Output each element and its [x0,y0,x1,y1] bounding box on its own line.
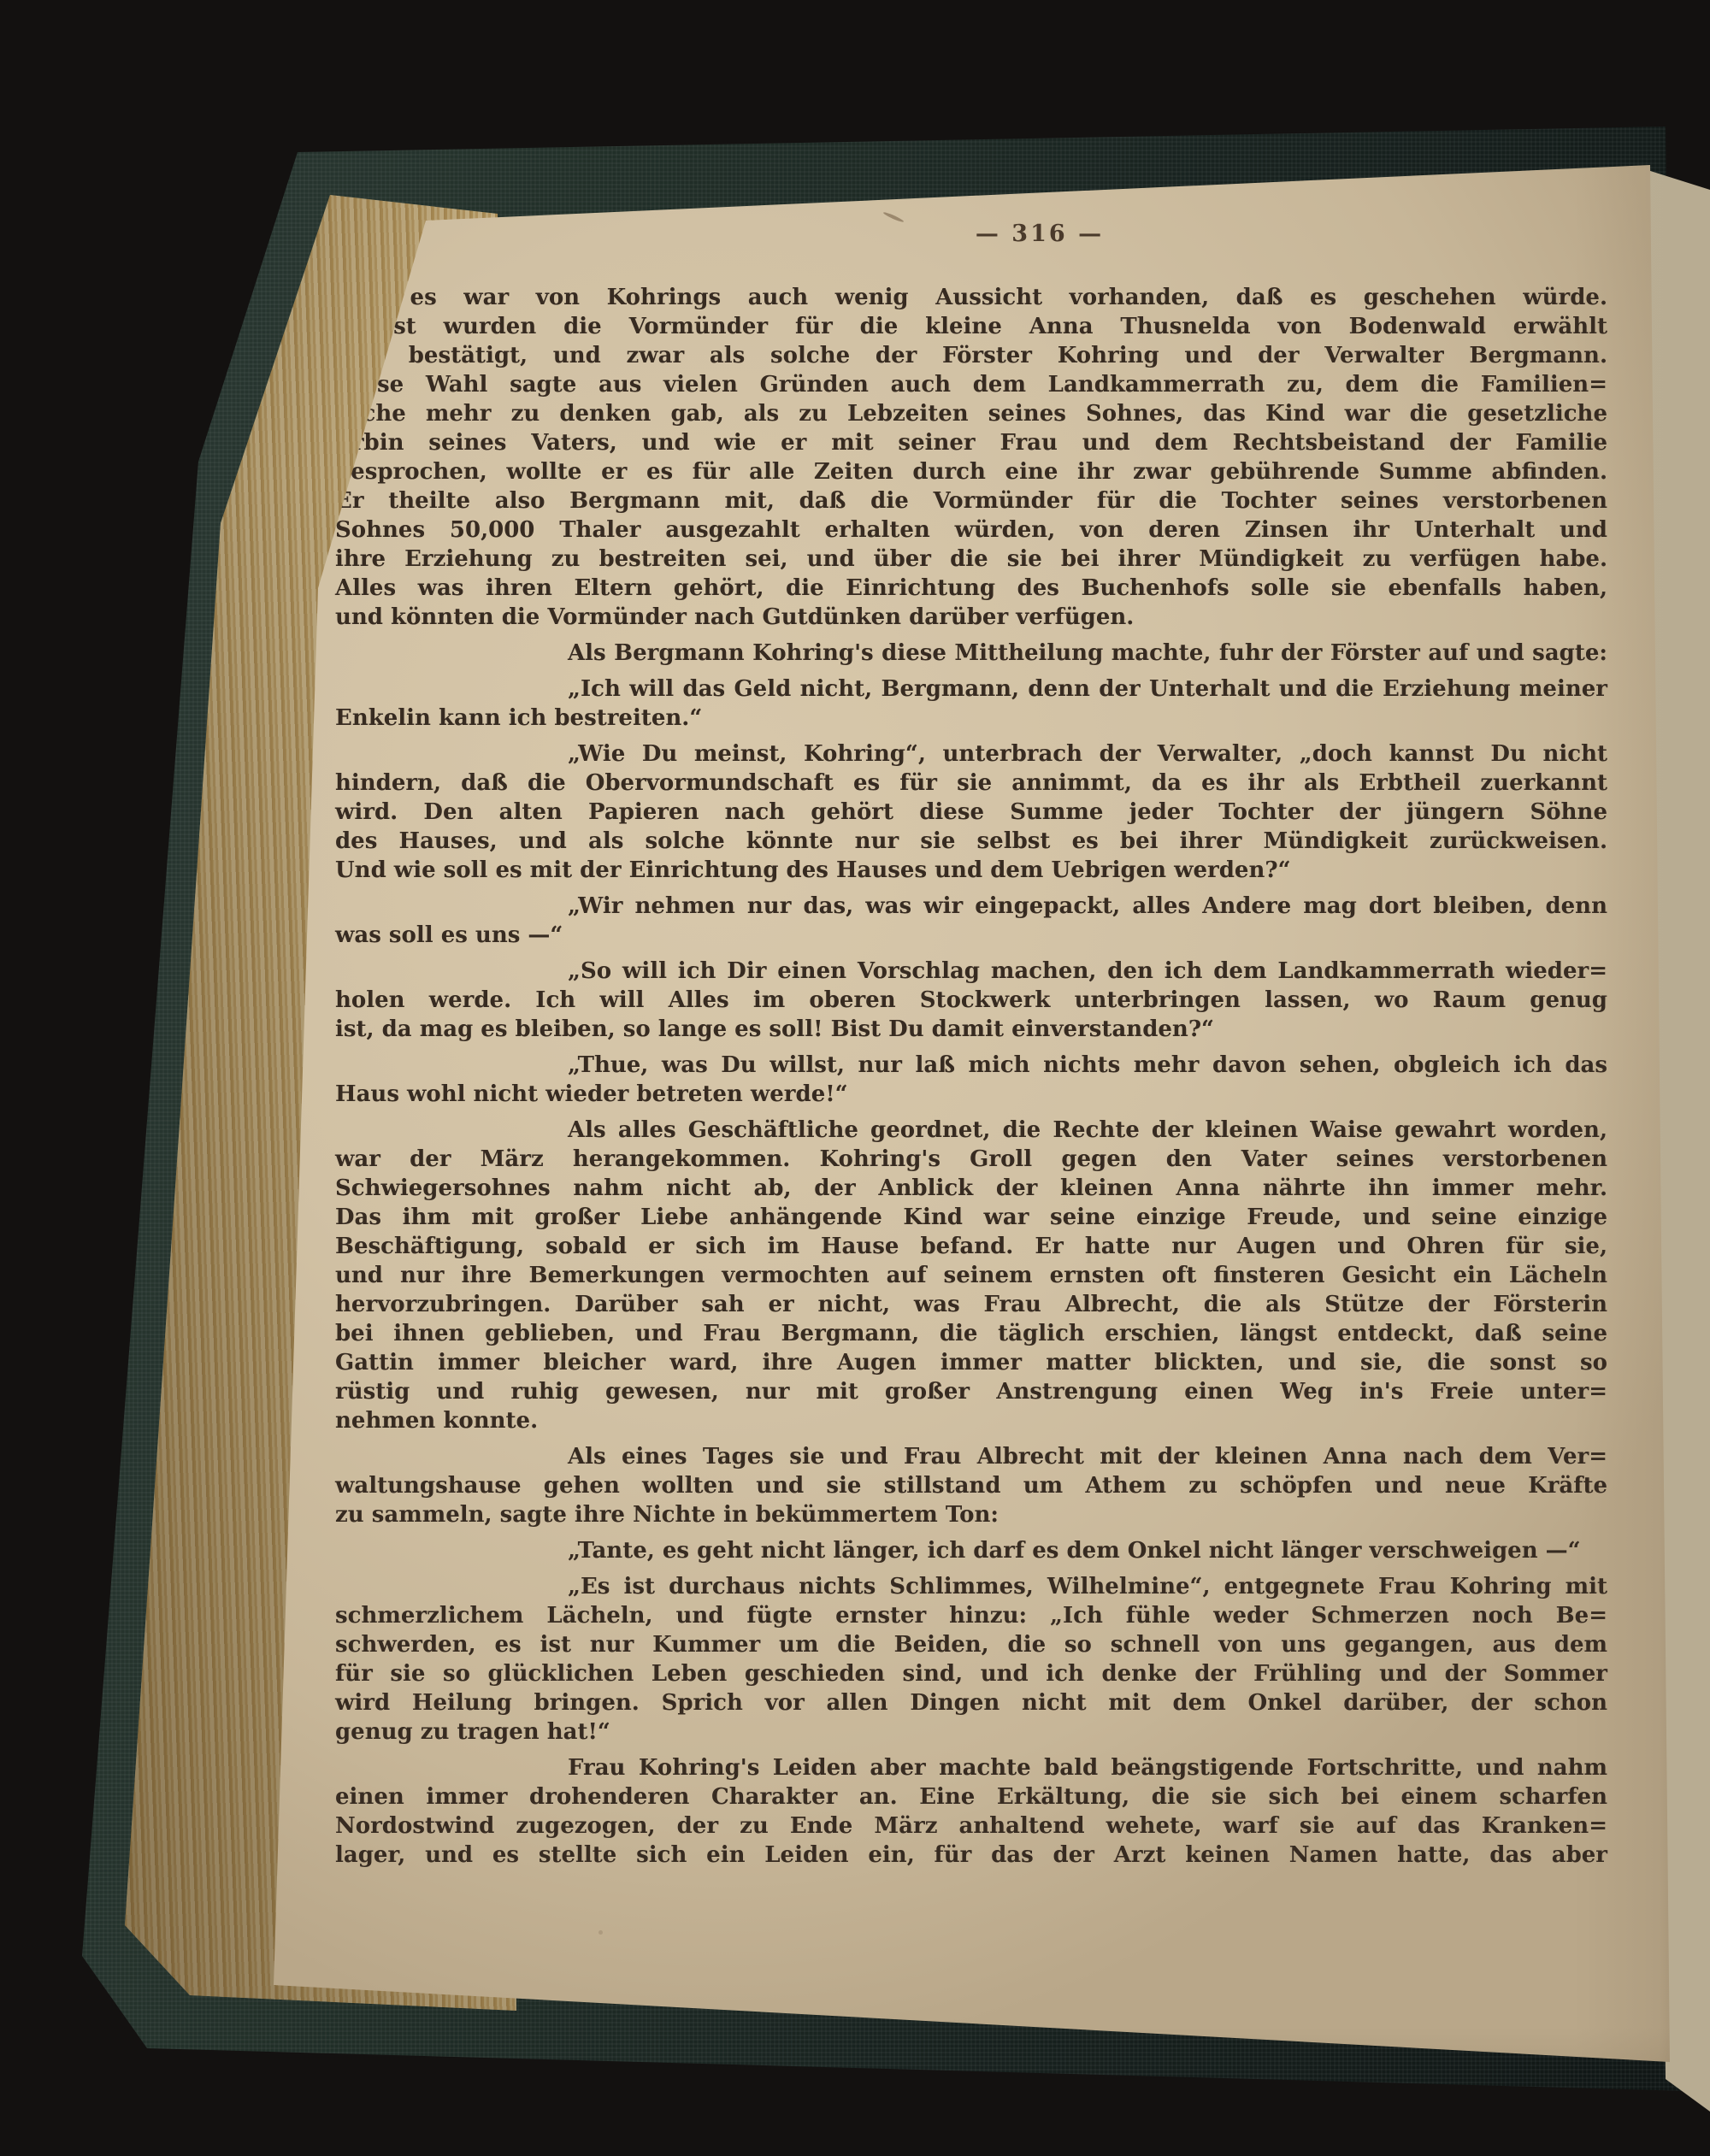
text-line: einen immer drohenderen Charakter an. Ei… [335,1782,1607,1811]
text-line: Diese Wahl sagte aus vielen Gründen auch… [335,370,1607,399]
paragraph: „Tante, es geht nicht länger, ich darf e… [335,1536,1607,1565]
text-line: hervorzubringen. Darüber sah er nicht, w… [335,1290,1607,1319]
text-line: des Hauses, und als solche könnte nur si… [335,827,1607,856]
text-line: Und wie soll es mit der Einrichtung des … [335,856,1607,885]
text-line: holen werde. Ich will Alles im oberen St… [335,986,1607,1015]
paragraph: „Ich will das Geld nicht, Bergmann, denn… [335,674,1607,733]
text-line: für sie so glücklichen Leben geschieden … [335,1659,1607,1688]
text-line: besprochen, wollte er es für alle Zeiten… [335,457,1607,486]
text-line: schmerzlichem Lächeln, und fügte ernster… [335,1601,1607,1630]
text-line: und es war von Kohrings auch wenig Aussi… [335,283,1607,312]
paragraph: „Thue, was Du willst, nur laß mich nicht… [335,1051,1607,1109]
paragraph: Frau Kohring's Leiden aber machte bald b… [335,1753,1607,1870]
text-line: Sohnes 50,000 Thaler ausgezahlt erhalten… [335,515,1607,545]
text-line: bei ihnen geblieben, und Frau Bergmann, … [335,1319,1607,1348]
text-line: „So will ich Dir einen Vorschlag machen,… [335,957,1607,986]
paragraph: „Wie Du meinst, Kohring“, unterbrach der… [335,739,1607,885]
text-line: Als alles Geschäftliche geordnet, die Re… [335,1116,1607,1145]
text-line: ist, da mag es bleiben, so lange es soll… [335,1015,1607,1044]
text-line: und bestätigt, und zwar als solche der F… [335,341,1607,370]
paragraph: und es war von Kohrings auch wenig Aussi… [335,283,1607,632]
text-line: Als Bergmann Kohring's diese Mittheilung… [335,639,1607,668]
text-line: schwerden, es ist nur Kummer um die Beid… [335,1630,1607,1659]
paragraph: Als Bergmann Kohring's diese Mittheilung… [335,639,1607,668]
text-line: wird. Den alten Papieren nach gehört die… [335,798,1607,827]
page-text: und es war von Kohrings auch wenig Aussi… [335,283,1607,1870]
text-line: „Tante, es geht nicht länger, ich darf e… [335,1536,1607,1565]
text-line: lager, und es stellte sich ein Leiden ei… [335,1841,1607,1870]
text-line: Enkelin kann ich bestreiten.“ [335,704,1607,733]
text-line: sache mehr zu denken gab, als zu Lebzeit… [335,399,1607,428]
text-line: war der März herangekommen. Kohring's Gr… [335,1145,1607,1174]
text-line: wird Heilung bringen. Sprich vor allen D… [335,1688,1607,1717]
text-line: ihre Erziehung zu bestreiten sei, und üb… [335,545,1607,574]
paper-speck [598,1930,603,1935]
text-line: was soll es uns —“ [335,921,1607,950]
text-line: Das ihm mit großer Liebe anhängende Kind… [335,1203,1607,1232]
text-line: nehmen konnte. [335,1406,1607,1435]
text-line: „Wir nehmen nur das, was wir eingepackt,… [335,892,1607,921]
text-line: „Thue, was Du willst, nur laß mich nicht… [335,1051,1607,1080]
text-line: Haus wohl nicht wieder betreten werde!“ [335,1080,1607,1109]
text-line: Frau Kohring's Leiden aber machte bald b… [335,1753,1607,1782]
text-line: „Es ist durchaus nichts Schlimmes, Wilhe… [335,1572,1607,1601]
text-line: Er theilte also Bergmann mit, daß die Vo… [335,486,1607,515]
text-line: Schwiegersohnes nahm nicht ab, der Anbli… [335,1174,1607,1203]
text-line: Alles was ihren Eltern gehört, die Einri… [335,574,1607,603]
text-line: und könnten die Vormünder nach Gutdünken… [335,603,1607,632]
paragraph: „Wir nehmen nur das, was wir eingepackt,… [335,892,1607,950]
text-line: und nur ihre Bemerkungen vermochten auf … [335,1261,1607,1290]
text-line: rüstig und ruhig gewesen, nur mit großer… [335,1377,1607,1406]
text-line: „Ich will das Geld nicht, Bergmann, denn… [335,674,1607,704]
text-line: „Wie Du meinst, Kohring“, unterbrach der… [335,739,1607,769]
text-line: genug zu tragen hat!“ [335,1717,1607,1747]
paragraph: „So will ich Dir einen Vorschlag machen,… [335,957,1607,1044]
text-line: Nordostwind zugezogen, der zu Ende März … [335,1811,1607,1841]
text-line: hindern, daß die Obervormundschaft es fü… [335,769,1607,798]
text-line: Zuerst wurden die Vormünder für die klei… [335,312,1607,341]
paragraph: Als eines Tages sie und Frau Albrecht mi… [335,1442,1607,1529]
text-line: Als eines Tages sie und Frau Albrecht mi… [335,1442,1607,1471]
text-line: Gattin immer bleicher ward, ihre Augen i… [335,1348,1607,1377]
paragraph: „Es ist durchaus nichts Schlimmes, Wilhe… [335,1572,1607,1747]
text-line: waltungshause gehen wollten und sie stil… [335,1471,1607,1500]
paragraph: Als alles Geschäftliche geordnet, die Re… [335,1116,1607,1435]
text-line: zu sammeln, sagte ihre Nichte in bekümme… [335,1500,1607,1529]
text-line: Erbin seines Vaters, und wie er mit sein… [335,428,1607,457]
text-line: Beschäftigung, sobald er sich im Hause b… [335,1232,1607,1261]
page-number: — 316 — [404,221,1676,247]
